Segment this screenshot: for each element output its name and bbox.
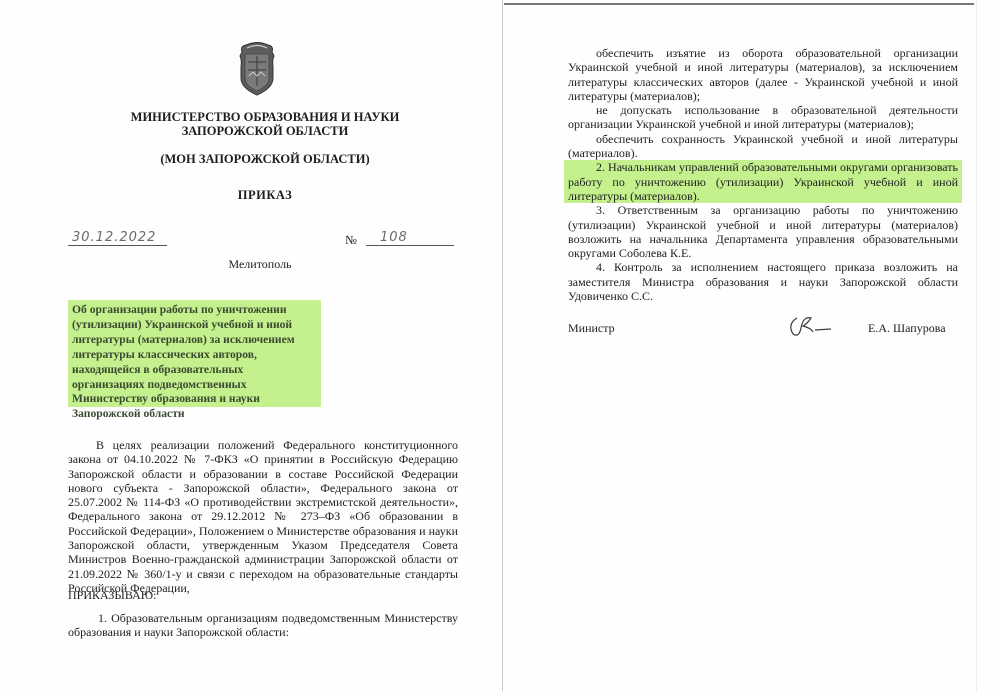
ministry-name-line2: ЗАПОРОЖСКОЙ ОБЛАСТИ <box>100 124 430 138</box>
order-directive-word: ПРИКАЗЫВАЮ: <box>68 588 156 603</box>
ministry-name: МИНИСТЕРСТВО ОБРАЗОВАНИЯ И НАУКИ ЗАПОРОЖ… <box>100 110 430 138</box>
document-type-title: ПРИКАЗ <box>100 188 430 202</box>
page-right-edge <box>976 0 977 691</box>
coat-of-arms-icon <box>236 42 278 96</box>
ministry-short-name: (МОН ЗАПОРОЖСКОЙ ОБЛАСТИ) <box>100 152 430 166</box>
order-item-3: 3. Ответственным за организацию работы п… <box>568 203 958 260</box>
order-subject-highlighted: Об организации работы по уничтожении (ут… <box>68 300 321 407</box>
signature-icon <box>785 310 835 340</box>
order-item-2-highlighted: 2. Начальникам управлений образовательны… <box>564 160 962 203</box>
item1-sub-b: не допускать использование в образовател… <box>568 103 958 132</box>
ministry-name-line1: МИНИСТЕРСТВО ОБРАЗОВАНИЯ И НАУКИ <box>100 110 430 124</box>
signer-name: Е.А. Шапурова <box>868 321 946 336</box>
order-date: 30.12.2022 <box>68 230 167 246</box>
order-number: 108 <box>366 230 454 246</box>
order-item-4: 4. Контроль за исполнением настоящего пр… <box>568 260 958 303</box>
order-item-1: 1. Образовательным организациям подведом… <box>68 611 458 640</box>
item1-sub-c: обеспечить сохранность Украинской учебно… <box>568 132 958 161</box>
signer-role: Министр <box>568 321 615 336</box>
order-number-label: № <box>345 233 357 248</box>
page-top-edge <box>504 3 974 5</box>
preamble-paragraph: В целях реализации положений Федеральног… <box>68 438 458 595</box>
item1-sub-a: обеспечить изъятие из оборота образовате… <box>568 46 958 103</box>
order-items-continued: обеспечить изъятие из оборота образовате… <box>568 46 958 303</box>
city: Мелитополь <box>180 257 340 272</box>
